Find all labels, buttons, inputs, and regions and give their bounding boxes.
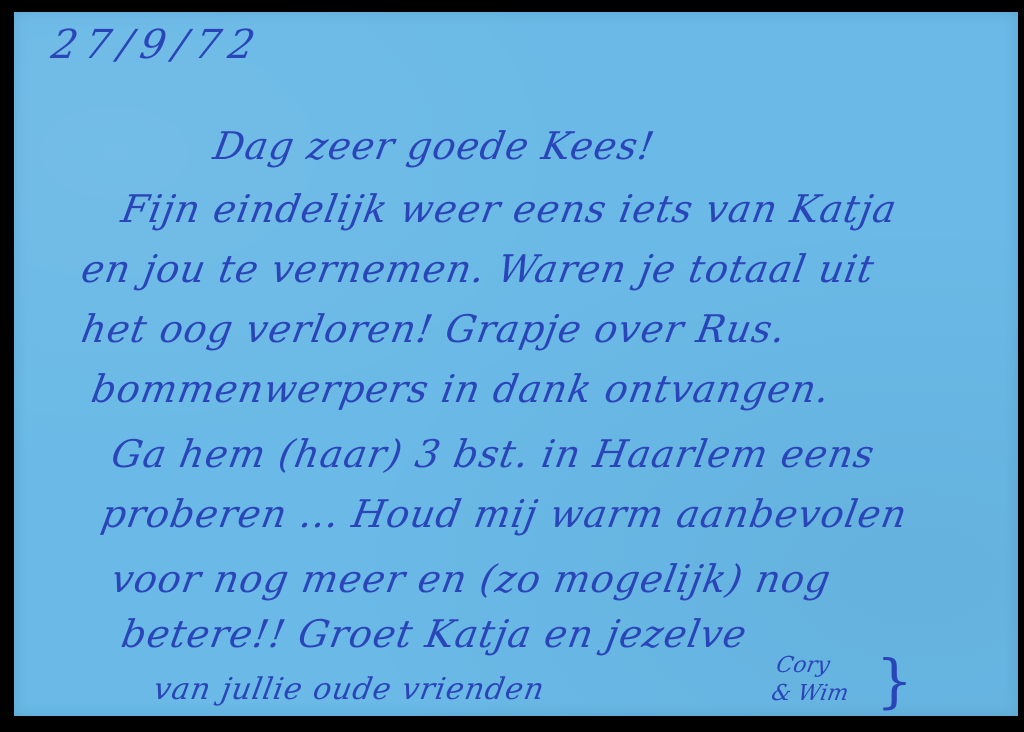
signature: Cory & Wim (769, 652, 856, 708)
letter-line-3: het oog verloren! Grapje over Rus. (78, 307, 789, 351)
greeting: Dag zeer goede Kees! (210, 124, 658, 168)
letter-line-6: proberen ... Houd mij warm aanbevolen (98, 492, 911, 536)
signature-brace: } (876, 652, 913, 710)
letter-line-5: Ga hem (haar) 3 bst. in Haarlem eens (108, 432, 878, 476)
letter-line-2: en jou te vernemen. Waren je totaal uit (78, 247, 878, 291)
letter-line-1: Fijn eindelijk weer eens iets van Katja (118, 187, 900, 231)
signature-name-1: Cory (774, 652, 856, 680)
postcard: 27/9/72 Dag zeer goede Kees! Fijn eindel… (14, 12, 1018, 716)
letter-line-4: bommenwerpers in dank ontvangen. (88, 367, 834, 411)
letter-line-8: betere!! Groet Katja en jezelve (118, 612, 751, 656)
letter-line-7: voor nog meer en (zo mogelijk) nog (108, 557, 835, 601)
signature-name-2: & Wim (769, 680, 851, 708)
date: 27/9/72 (48, 22, 266, 68)
closing-line: van jullie oude vrienden (151, 672, 548, 707)
